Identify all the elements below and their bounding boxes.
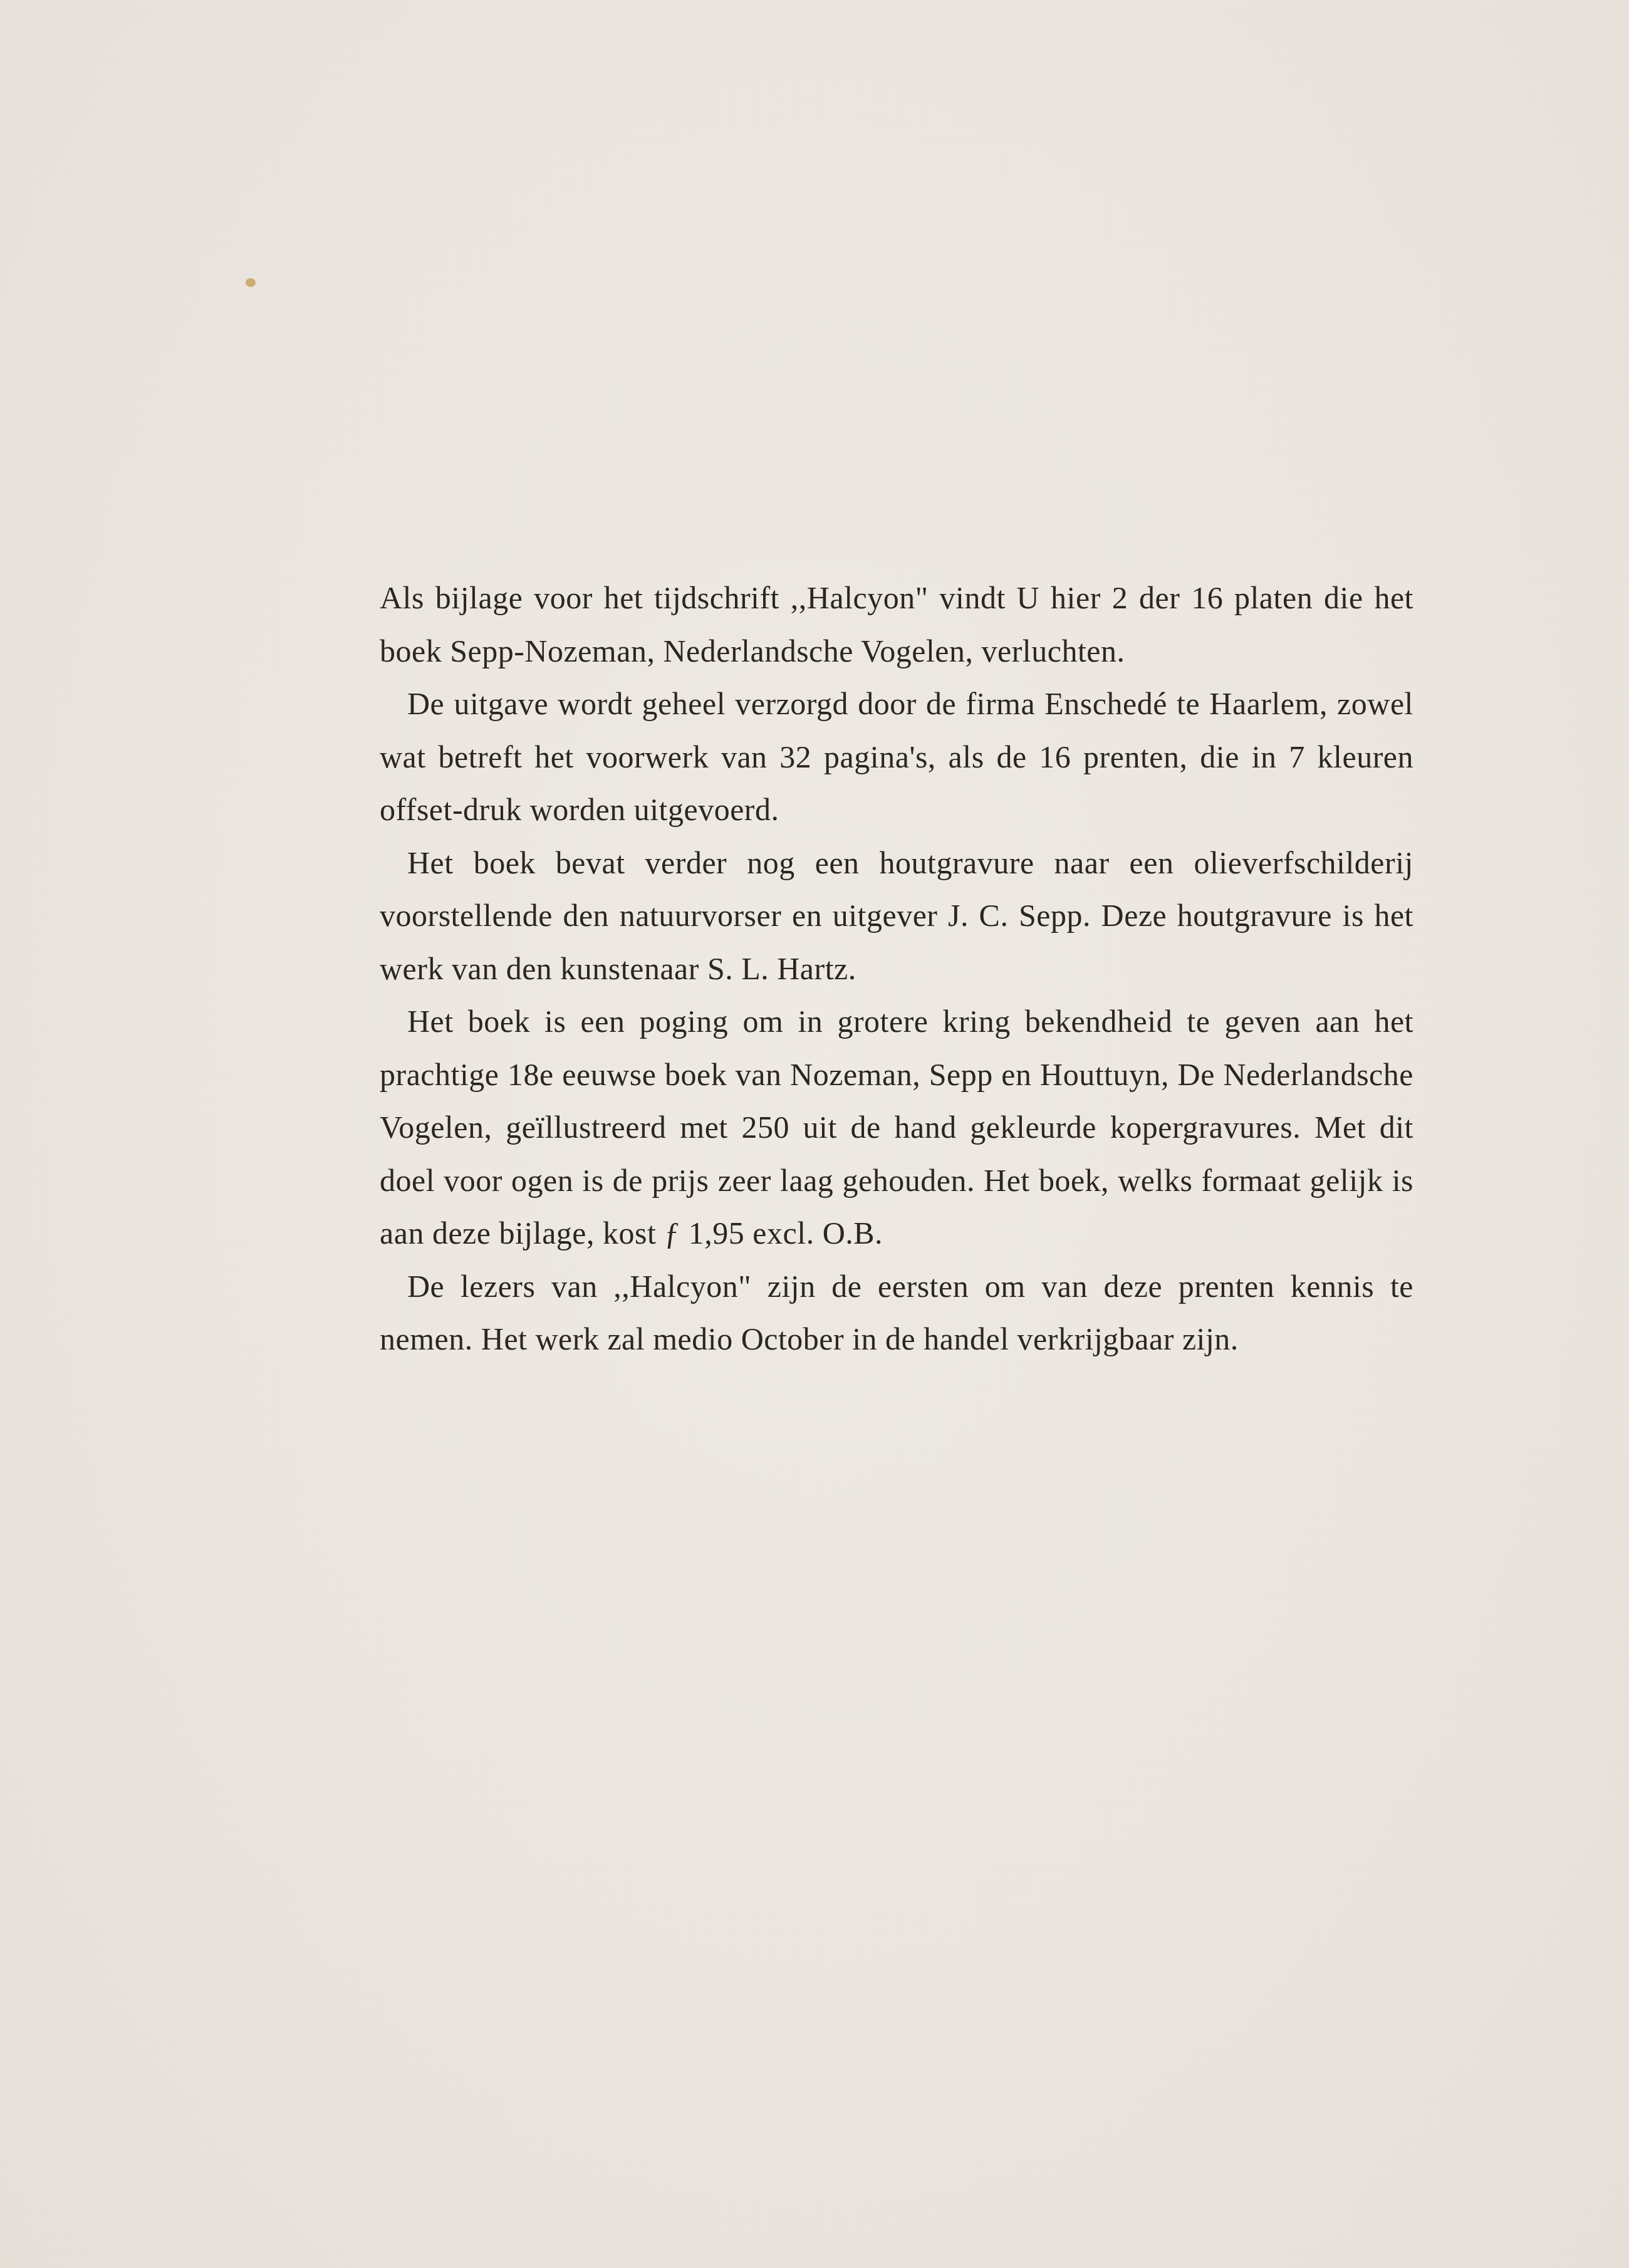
paragraph-3: Het boek bevat verder nog een houtgravur… [380,836,1413,996]
document-page: Als bijlage voor het tijdschrift ,,Halcy… [0,0,1629,2268]
paper-stain-spot [246,278,256,287]
paragraph-1: Als bijlage voor het tijdschrift ,,Halcy… [380,571,1413,677]
paragraph-2: De uitgave wordt geheel verzorgd door de… [380,677,1413,836]
paragraph-4: Het boek is een poging om in grotere kri… [380,995,1413,1260]
paragraph-5: De lezers van ,,Halcyon" zijn de eersten… [380,1260,1413,1366]
body-text: Als bijlage voor het tijdschrift ,,Halcy… [380,571,1413,1366]
